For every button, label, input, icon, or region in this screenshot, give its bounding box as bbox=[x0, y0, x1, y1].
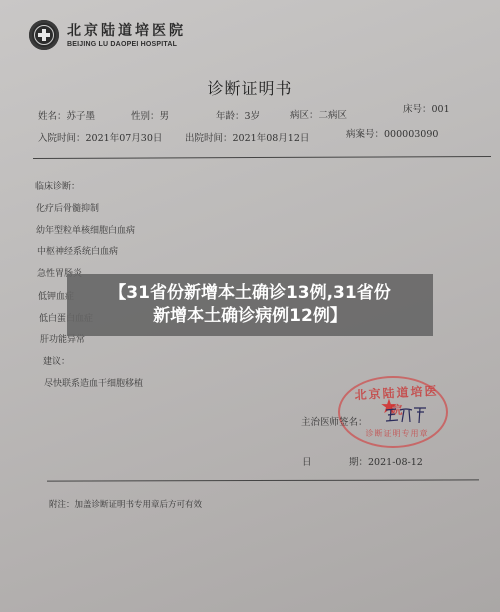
doctor-signature-label: 主治医师签名： bbox=[301, 414, 368, 428]
diagnosis-item: 化疗后骨髓抑制 bbox=[36, 201, 99, 214]
date-label-prefix: 日 bbox=[302, 454, 312, 468]
headline-line-2: 新增本土确诊病例12例】 bbox=[153, 305, 347, 328]
document-title: 诊断证明书 bbox=[0, 76, 500, 99]
stamp-purpose-text: 诊断证明专用章 bbox=[352, 428, 442, 439]
cross-emblem-icon bbox=[29, 20, 59, 50]
bed-number-field: 床号：001 bbox=[403, 101, 450, 115]
patient-name-field: 姓名：苏子墨 bbox=[38, 108, 95, 122]
diagnosis-item: 中枢神经系统白血病 bbox=[37, 244, 118, 257]
header-divider bbox=[33, 156, 491, 159]
gender-field: 性别：男 bbox=[131, 108, 169, 122]
hospital-name-en: BEIJING LU DAOPEI HOSPITAL bbox=[67, 41, 186, 48]
headline-line-1: 【31省份新增本土确诊13例,31省份 bbox=[109, 282, 390, 305]
ward-field: 病区：二病区 bbox=[290, 107, 347, 121]
diagnosis-heading: 临床诊断： bbox=[35, 179, 80, 192]
hospital-header: 北京陆道培医院 BEIJING LU DAOPEI HOSPITAL bbox=[29, 20, 186, 50]
news-headline-overlay: 【31省份新增本土确诊13例,31省份 新增本土确诊病例12例】 bbox=[67, 274, 433, 336]
diagnosis-item: 幼年型粒单核细胞白血病 bbox=[36, 223, 135, 236]
advice-heading: 建议： bbox=[43, 354, 70, 367]
admission-date-field: 入院时间：2021年07月30日 bbox=[38, 130, 162, 144]
date-field: 期：2021-08-12 bbox=[349, 454, 423, 468]
advice-text: 尽快联系造血干细胞移植 bbox=[44, 376, 143, 389]
handwritten-signature bbox=[384, 406, 428, 424]
record-number-field: 病案号：000003090 bbox=[346, 126, 438, 140]
footnote: 附注：加盖诊断证明书专用章后方可有效 bbox=[49, 498, 202, 510]
footer-divider bbox=[47, 479, 479, 481]
age-field: 年龄：3岁 bbox=[216, 108, 260, 122]
hospital-name-cn: 北京陆道培医院 bbox=[67, 23, 186, 39]
discharge-date-field: 出院时间：2021年08月12日 bbox=[185, 130, 309, 144]
